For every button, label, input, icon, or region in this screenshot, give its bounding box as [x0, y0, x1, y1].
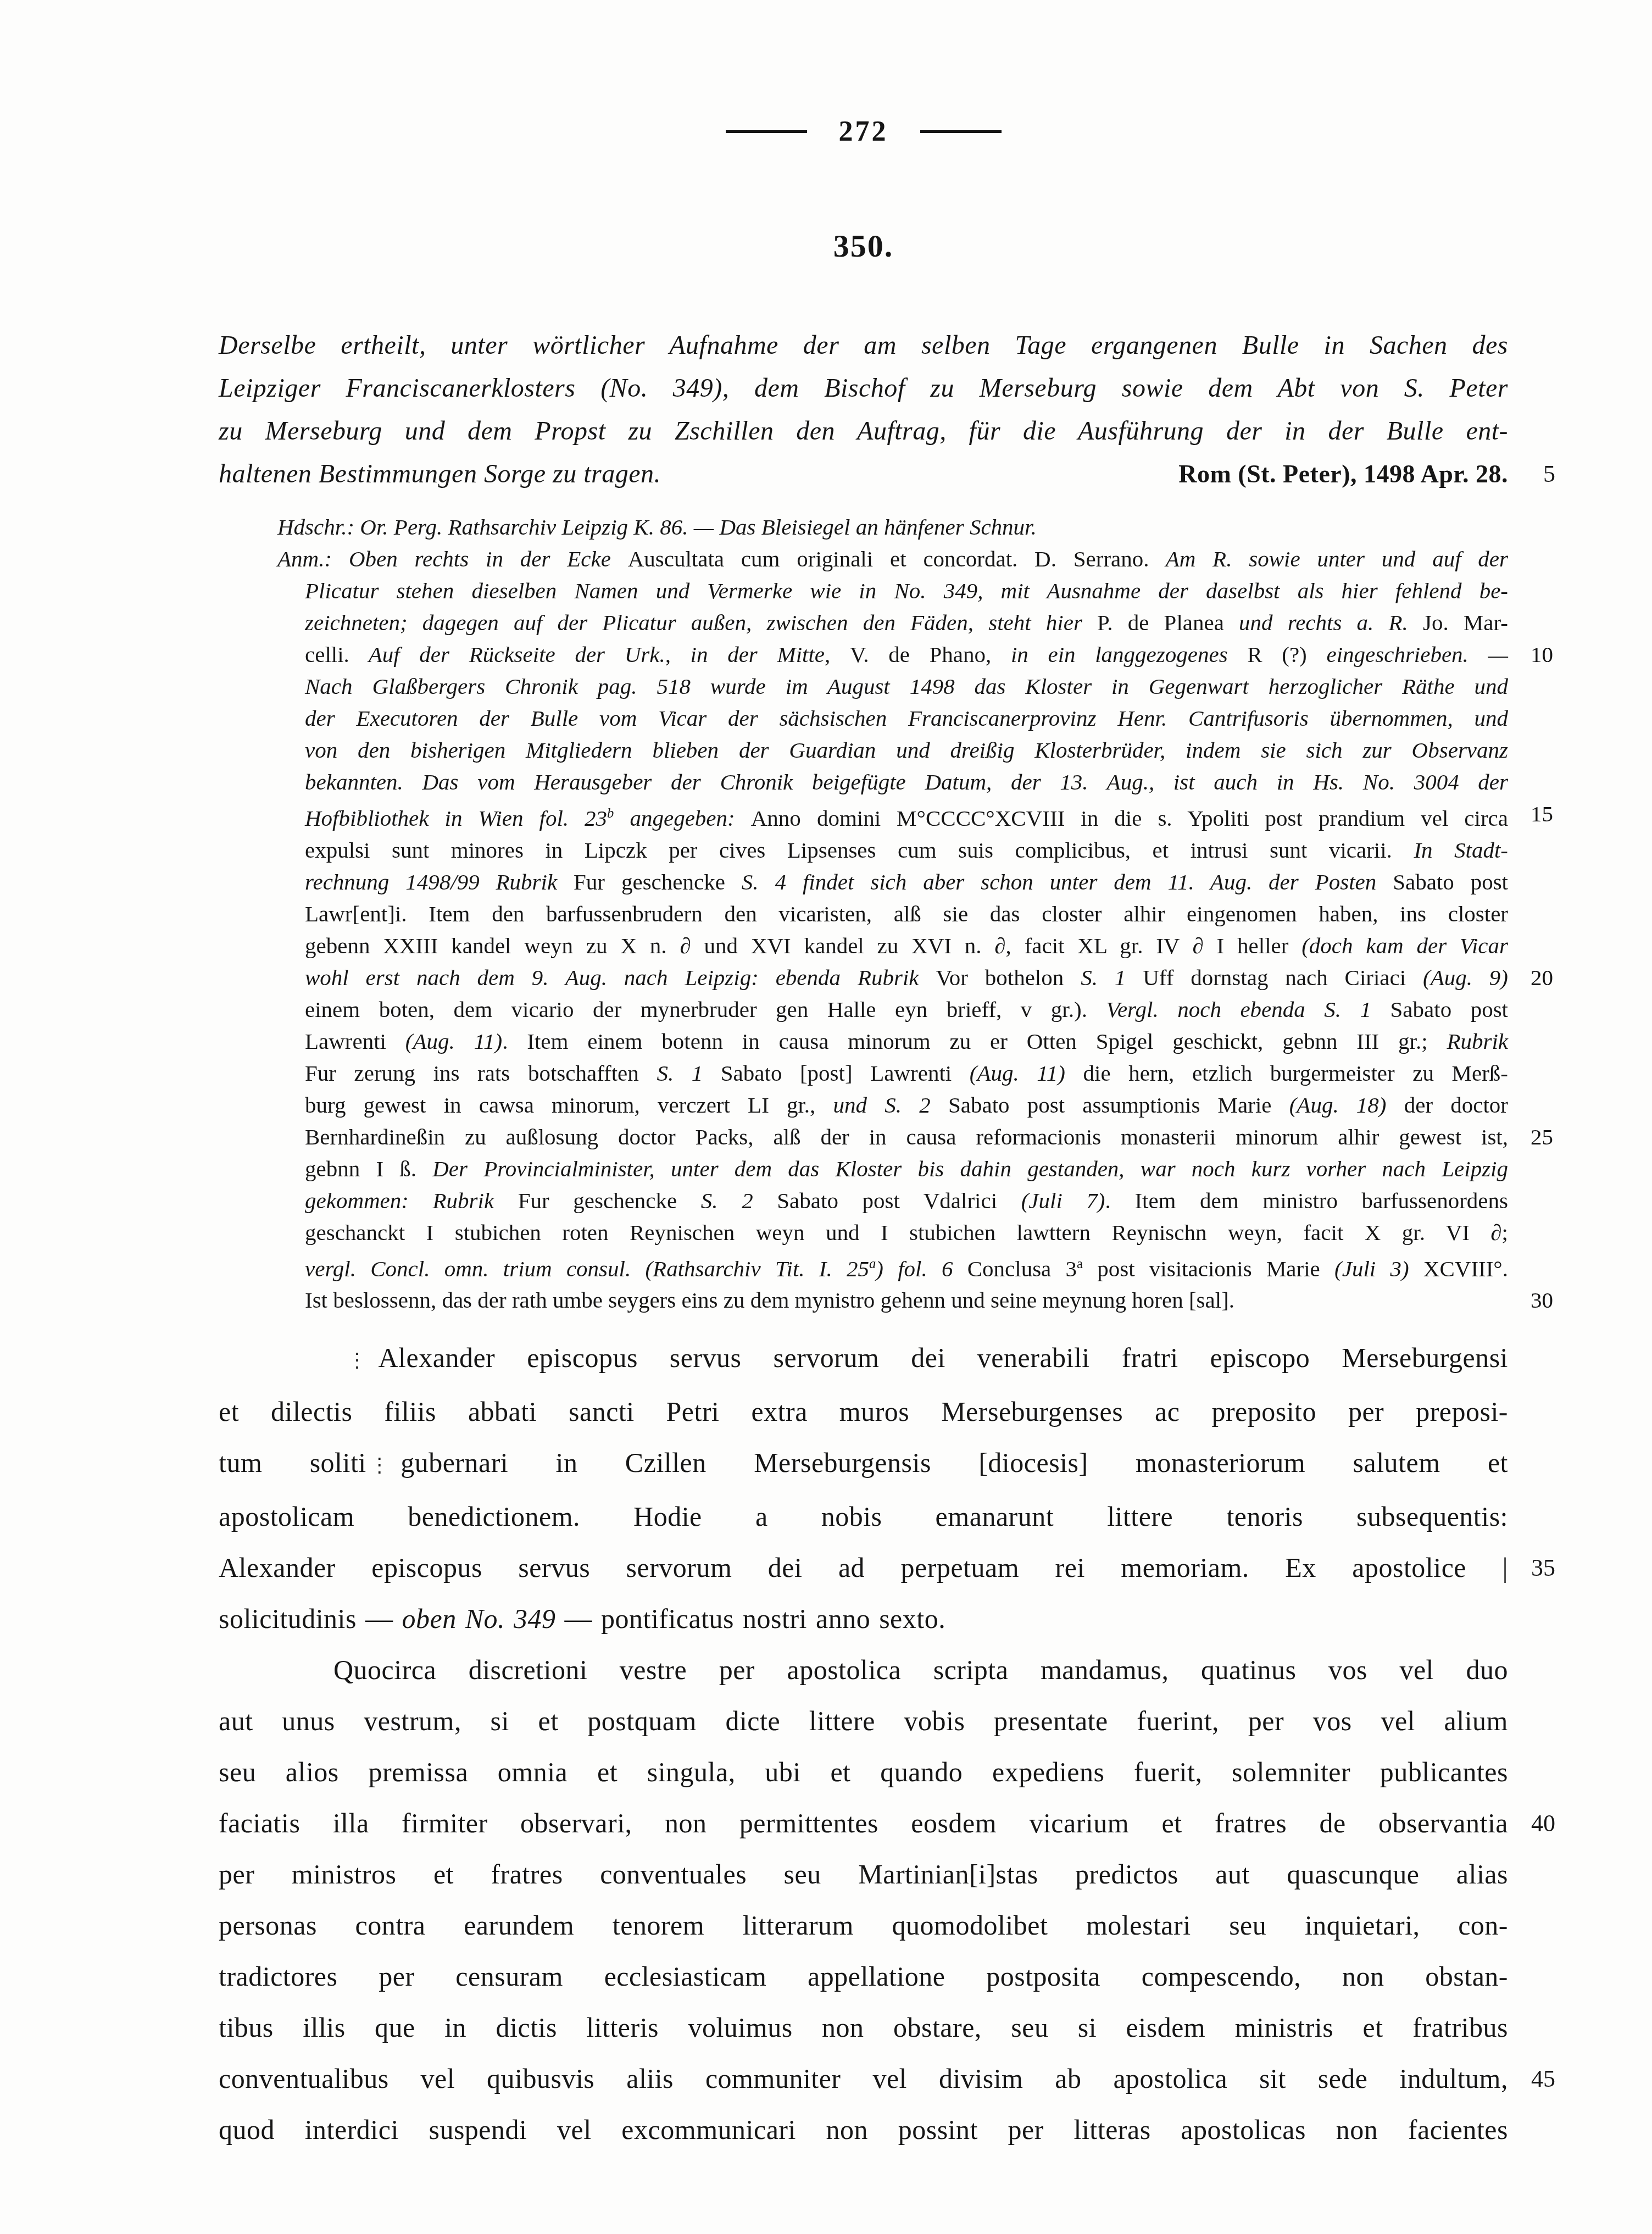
text-line: haltenen Bestimmungen Sorge zu tragen.Ro… — [219, 453, 1508, 496]
text-segment: Vor bothelon — [936, 965, 1081, 990]
text-segment: Hofbibliothek in Wien fol. 23 — [305, 805, 607, 831]
header-rule-right-icon — [920, 130, 1002, 133]
text-segment: (Aug. 9) — [1423, 965, 1508, 990]
text-line: gekommen: Rubrik Fur geschencke S. 2 Sab… — [277, 1185, 1508, 1216]
text-segment: S. 4 findet sich aber schon unter dem 11… — [742, 869, 1393, 894]
text-segment: Lawrenti — [305, 1029, 405, 1054]
text-segment: und rechts a. R. — [1224, 610, 1423, 635]
text-segment: vergl. Concl. omn. trium consul. (Rathsa… — [305, 1255, 869, 1281]
text-segment: gebnn I ß. — [305, 1156, 432, 1181]
text-line: Hdschr.: Or. Perg. Rathsarchiv Leipzig K… — [277, 511, 1508, 543]
text-segment: tradictores per censuram ecclesiasticam … — [219, 1961, 1508, 1992]
divider-mark: ⋮ — [370, 1454, 390, 1476]
text-segment: einem boten, dem vicario der mynerbruder… — [305, 997, 1106, 1022]
text-segment: quod interdici suspendi vel excommunicar… — [219, 2114, 1508, 2145]
text-segment: personas contra earundem tenorem littera… — [219, 1910, 1508, 1941]
text-segment: Quocirca discretioni vestre per apostoli… — [333, 1654, 1508, 1685]
text-segment: Ist beslossenn, das der rath umbe seyger… — [305, 1287, 1234, 1313]
text-segment: R (?) — [1247, 642, 1307, 667]
text-line: Bernhardineßin zu außlosung doctor Packs… — [277, 1121, 1508, 1153]
text-line: solicitudinis — oben No. 349 — pontifica… — [219, 1593, 1508, 1644]
scanned-document-page: 272 350. Derselbe ertheilt, unter wörtli… — [0, 0, 1652, 2234]
text-segment: Rom (St. Peter), 1498 Apr. 28. — [1178, 460, 1508, 488]
text-segment: seu alios premissa omnia et singula, ubi… — [219, 1757, 1508, 1787]
text-segment: XCVIII°. — [1409, 1255, 1508, 1281]
text-line: Derselbe ertheilt, unter wörtlicher Aufn… — [219, 324, 1508, 367]
text-line: der Executoren der Bulle vom Vicar der s… — [277, 702, 1508, 734]
text-segment: Sabato [post] Lawrenti — [721, 1060, 970, 1086]
text-line: Hofbibliothek in Wien fol. 23b angegeben… — [277, 798, 1508, 834]
text-line: Lawrenti (Aug. 11). Item einem botenn in… — [277, 1025, 1508, 1057]
text-segment: Der Provincialminister, unter dem das Kl… — [432, 1156, 1508, 1181]
text-line: vergl. Concl. omn. trium consul. (Rathsa… — [277, 1248, 1508, 1285]
text-segment: zu Merseburg und dem Propst zu Zschillen… — [219, 416, 1508, 446]
text-line: aut unus vestrum, si et postquam dicte l… — [219, 1696, 1508, 1747]
text-segment: der doctor — [1387, 1092, 1509, 1118]
text-segment: Sabato post — [1390, 997, 1508, 1022]
margin-line-number: 15 — [1531, 798, 1553, 830]
text-line: bekannten. Das vom Herausgeber der Chron… — [277, 766, 1508, 798]
regest-summary-block: Derselbe ertheilt, unter wörtlicher Aufn… — [219, 324, 1508, 496]
text-segment: der Executoren der Bulle vom Vicar der s… — [305, 705, 1508, 731]
margin-line-number: 30 — [1531, 1284, 1553, 1316]
text-segment: post visitacionis Marie — [1083, 1255, 1334, 1281]
text-segment: (Juli 3) — [1334, 1255, 1409, 1281]
margin-line-number: 5 — [1543, 453, 1555, 496]
text-segment: Sabato post assumptionis Marie — [948, 1092, 1289, 1118]
dateline: Rom (St. Peter), 1498 Apr. 28. — [1178, 453, 1508, 496]
header-rule-left-icon — [726, 130, 807, 133]
text-segment: Fur zerung ins rats botschafften — [305, 1060, 657, 1086]
text-line: tradictores per censuram ecclesiasticam … — [219, 1951, 1508, 2002]
text-segment: Sabato post — [1393, 869, 1508, 894]
text-segment: celli. — [305, 642, 349, 667]
text-segment: Conclusa 3 — [967, 1255, 1077, 1281]
margin-line-number: 45 — [1531, 2053, 1555, 2104]
text-line: rechnung 1498/99 Rubrik Fur geschencke S… — [277, 866, 1508, 898]
text-segment: rechnung 1498/99 Rubrik — [305, 869, 574, 894]
text-segment: haltenen Bestimmungen Sorge zu tragen. — [219, 459, 661, 488]
text-line: Ist beslossenn, das der rath umbe seyger… — [277, 1284, 1508, 1316]
text-segment: (doch kam der Vicar — [1301, 933, 1508, 958]
text-segment: zeichneten; dagegen auf der Plicatur auß… — [305, 610, 1097, 635]
text-segment: a — [1077, 1257, 1083, 1271]
text-segment: und S. 2 — [833, 1092, 948, 1118]
text-segment: Leipziger Franciscanerklosters (No. 349)… — [219, 374, 1508, 403]
text-line: burg gewest in cawsa minorum, verczert L… — [277, 1089, 1508, 1121]
text-line: expulsi sunt minores in Lipczk per cives… — [277, 834, 1508, 866]
text-segment: S. 1 — [1081, 965, 1143, 990]
text-segment: a — [869, 1257, 876, 1271]
text-segment: gekommen: Rubrik — [305, 1188, 518, 1213]
text-line: gebnn I ß. Der Provincialminister, unter… — [277, 1153, 1508, 1185]
text-line: Fur zerung ins rats botschafften S. 1 Sa… — [277, 1057, 1508, 1089]
text-segment: Anm.: Oben rechts in der Ecke — [277, 546, 628, 571]
text-segment: wohl erst nach dem 9. Aug. nach Leipzig:… — [305, 965, 936, 990]
text-segment: oben No. 349 — [402, 1603, 555, 1634]
text-segment: tum soliti — [219, 1447, 366, 1478]
text-line: tibus illis que in dictis litteris volui… — [219, 2002, 1508, 2053]
text-line: wohl erst nach dem 9. Aug. nach Leipzig:… — [277, 962, 1508, 993]
text-segment: (Aug. 11) — [970, 1060, 1065, 1086]
text-segment: Sabato post Vdalrici — [777, 1188, 1021, 1213]
apparatus-notes-block: Hdschr.: Or. Perg. Rathsarchiv Leipzig K… — [277, 511, 1508, 1316]
text-segment: , in ein langgezogenes — [986, 642, 1247, 667]
text-segment: Derselbe ertheilt, unter wörtlicher Aufn… — [219, 331, 1508, 360]
text-line: einem boten, dem vicario der mynerbruder… — [277, 993, 1508, 1025]
margin-line-number: 20 — [1531, 962, 1553, 993]
text-segment: In Stadt- — [1392, 837, 1508, 863]
text-segment: Vergl. noch ebenda S. 1 — [1106, 997, 1390, 1022]
text-segment: b — [607, 806, 614, 821]
text-line: geschanckt I stubichen roten Reynischen … — [277, 1216, 1508, 1248]
text-segment: per ministros et fratres conventuales se… — [219, 1859, 1508, 1890]
margin-line-number: 40 — [1531, 1798, 1555, 1849]
text-segment: aut unus vestrum, si et postquam dicte l… — [219, 1705, 1508, 1736]
text-line: quod interdici suspendi vel excommunicar… — [219, 2104, 1508, 2155]
text-line: Plicatur stehen dieselben Namen und Verm… — [277, 575, 1508, 607]
text-segment: Plicatur stehen dieselben Namen und Verm… — [305, 578, 1508, 603]
text-segment: Auscultata cum originali et concordat. D… — [628, 546, 1149, 571]
text-segment: Bernhardineßin zu außlosung doctor Packs… — [305, 1124, 1508, 1149]
text-line: conventualibus vel quibusvis aliis commu… — [219, 2053, 1508, 2104]
margin-line-number: 10 — [1531, 638, 1553, 670]
text-segment: expulsi sunt minores in Lipczk per cives… — [305, 837, 1392, 863]
margin-line-number: 35 — [1531, 1542, 1555, 1593]
text-segment: Alexander episcopus servus servorum dei … — [219, 1552, 1508, 1583]
text-segment: V. de Phano — [850, 642, 986, 667]
text-segment: gebenn XXIII kandel weyn zu X n. ∂ und X… — [305, 933, 1301, 958]
text-line: tum soliti⋮gubernari in Czillen Mersebur… — [219, 1437, 1508, 1491]
text-line: Alexander episcopus servus servorum dei … — [219, 1542, 1508, 1593]
text-segment: Auf der Rückseite der Urk., in der Mitte… — [349, 642, 850, 667]
text-segment: S. 2 — [701, 1188, 777, 1213]
document-body-block: ⋮Alexander episcopus servus servorum dei… — [219, 1332, 1508, 2155]
text-segment: ) fol. 6 — [876, 1255, 967, 1281]
text-segment: Nach Glaßbergers Chronik pag. 518 wurde … — [305, 674, 1508, 699]
text-line: celli. Auf der Rückseite der Urk., in de… — [277, 638, 1508, 670]
text-segment: Am R. sowie unter und auf der — [1149, 546, 1508, 571]
text-segment: Fur geschencke — [518, 1188, 701, 1213]
text-segment: die hern, etzlich burgermeister zu Merß- — [1065, 1060, 1508, 1086]
text-line: gebenn XXIII kandel weyn zu X n. ∂ und X… — [277, 930, 1508, 962]
text-segment: Fur geschencke — [574, 869, 742, 894]
text-segment: Anno domini M°CCCC°XCVIII in die s. Ypol… — [751, 805, 1508, 831]
text-line: Leipziger Franciscanerklosters (No. 349)… — [219, 367, 1508, 410]
text-segment: . Item einem botenn in causa minorum zu … — [502, 1029, 1447, 1054]
margin-line-number: 25 — [1531, 1121, 1553, 1153]
text-segment: solicitudinis — — [219, 1603, 402, 1634]
text-line: personas contra earundem tenorem littera… — [219, 1900, 1508, 1951]
text-segment: Hdschr.: Or. Perg. Rathsarchiv Leipzig K… — [277, 514, 1037, 540]
text-segment: (Aug. 18) — [1289, 1092, 1387, 1118]
page-header: 272 — [219, 113, 1508, 151]
text-segment: von den bisherigen Mitgliedern blieben d… — [305, 737, 1508, 763]
text-segment: gubernari in Czillen Merseburgensis [dio… — [401, 1447, 1508, 1478]
text-segment: angegeben: — [614, 805, 750, 831]
text-line: Nach Glaßbergers Chronik pag. 518 wurde … — [277, 670, 1508, 702]
document-number: 350. — [219, 224, 1508, 268]
text-segment: (Juli 7) — [1021, 1188, 1105, 1213]
text-line: Quocirca discretioni vestre per apostoli… — [219, 1644, 1508, 1696]
text-segment: et dilectis filiis abbati sancti Petri e… — [219, 1396, 1508, 1427]
divider-mark: ⋮ — [347, 1349, 368, 1371]
text-line: per ministros et fratres conventuales se… — [219, 1849, 1508, 1900]
text-segment: geschanckt I stubichen roten Reynischen … — [305, 1220, 1508, 1245]
text-segment: Lawr[ent]i. Item den barfussenbrudern de… — [305, 901, 1508, 926]
text-segment: — pontificatus nostri anno sexto. — [556, 1603, 946, 1634]
text-line: Anm.: Oben rechts in der Ecke Auscultata… — [277, 543, 1508, 575]
text-segment: Uff dornstag nach Ciriaci — [1143, 965, 1423, 990]
text-line: faciatis illa firmiter observari, non pe… — [219, 1798, 1508, 1849]
text-line: seu alios premissa omnia et singula, ubi… — [219, 1747, 1508, 1798]
page-number: 272 — [839, 116, 888, 147]
text-segment: conventualibus vel quibusvis aliis commu… — [219, 2063, 1508, 2094]
text-line: Lawr[ent]i. Item den barfussenbrudern de… — [277, 898, 1508, 930]
text-segment: Alexander episcopus servus servorum dei … — [379, 1342, 1509, 1373]
text-segment: . Item dem ministro barfussenordens — [1105, 1188, 1508, 1213]
text-segment: eingeschrieben. — — [1307, 642, 1508, 667]
text-segment: burg gewest in cawsa minorum, verczert L… — [305, 1092, 833, 1118]
text-segment: bekannten. Das vom Herausgeber der Chron… — [305, 769, 1508, 794]
line-left-text: haltenen Bestimmungen Sorge zu tragen. — [219, 453, 661, 496]
text-segment: apostolicam benedictionem. Hodie a nobis… — [219, 1501, 1508, 1532]
text-segment: (Aug. 11) — [405, 1029, 502, 1054]
text-segment: faciatis illa firmiter observari, non pe… — [219, 1808, 1508, 1838]
text-segment: S. 1 — [657, 1060, 720, 1086]
text-segment: P. de Planea — [1097, 610, 1224, 635]
text-line: ⋮Alexander episcopus servus servorum dei… — [219, 1332, 1508, 1386]
text-line: zeichneten; dagegen auf der Plicatur auß… — [277, 607, 1508, 638]
text-line: apostolicam benedictionem. Hodie a nobis… — [219, 1491, 1508, 1542]
text-line: von den bisherigen Mitgliedern blieben d… — [277, 734, 1508, 766]
text-segment: Rubrik — [1447, 1029, 1508, 1054]
text-line: et dilectis filiis abbati sancti Petri e… — [219, 1386, 1508, 1437]
text-segment: tibus illis que in dictis litteris volui… — [219, 2012, 1508, 2043]
text-line: zu Merseburg und dem Propst zu Zschillen… — [219, 410, 1508, 453]
text-segment: Jo. Mar- — [1423, 610, 1508, 635]
